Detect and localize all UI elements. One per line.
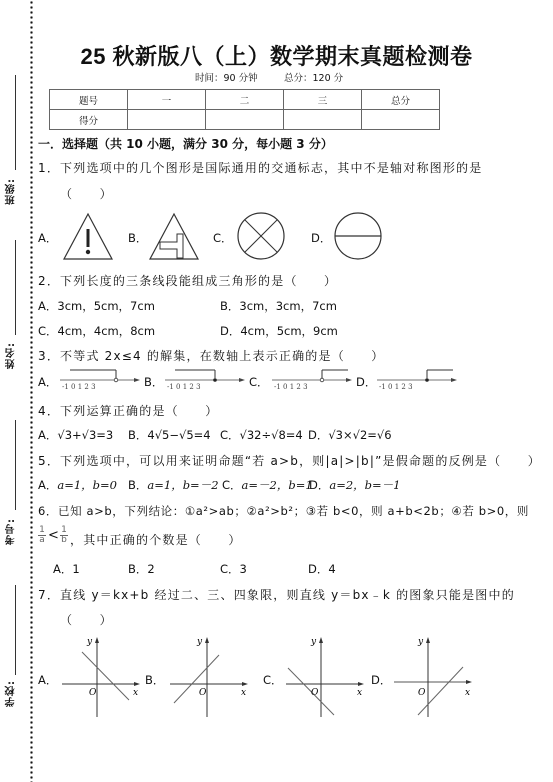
denominator: b [60,535,68,545]
svg-text:O: O [199,688,207,698]
option-label: A． [38,230,57,246]
score-table-score-row: 得分 [50,110,440,130]
section-heading: 一．选择题（共 10 小题，满分 30 分，每小题 3 分） [38,135,333,152]
question-5: 5．下列选项中，可以用来证明命题“若 a>b，则|a|>|b|”是假命题的反例是… [38,452,541,469]
option-label: B． [128,478,147,492]
option-d: D．4 [308,561,336,577]
question-number: 6． [38,504,58,518]
option-d: D．√3×√2=√6 [308,427,392,443]
answer-blank: （ ） [60,611,113,628]
question-text: 下列长度的三条线段能组成三角形的是（ ） [60,274,337,288]
question-number: 7． [38,588,60,602]
header-cell: 二 [206,90,284,110]
graph-d: y O x [394,635,476,717]
svg-text:-1 0 1 2 3: -1 0 1 2 3 [167,383,201,391]
option-b: B．4√5−√5=4 [128,427,211,443]
svg-text:y: y [196,637,203,647]
question-1: 1．下列选项中的几个图形是国际通用的交通标志，其中不是轴对称图形的是 [38,159,482,176]
class-underline [15,75,16,170]
numerator: 1 [60,526,68,535]
question-2: 2．下列长度的三条线段能组成三角形的是（ ） [38,272,337,289]
option-b: B．3cm，3cm，7cm [220,298,337,314]
score-cell[interactable] [362,110,440,130]
score-cell[interactable] [206,110,284,130]
option-c: C．a=－2，b=1 [222,477,313,493]
header-cell: 总分 [362,90,440,110]
option-text: a=2，b=－1 [329,478,400,492]
option-b: B．a=1，b=－2 [128,477,219,493]
option-text: √3+√3=3 [57,428,113,442]
question-7: 7．直线 y＝kx+b 经过二、三、四象限，则直线 y＝bx﹣k 的图象只能是图… [38,586,515,603]
question-4: 4．下列运算正确的是（ ） [38,402,218,419]
option-label: C． [213,230,233,246]
option-label: D． [311,230,331,246]
svg-text:-1 0 1 2 3: -1 0 1 2 3 [62,383,96,391]
score-table-header-row: 题号 一 二 三 总分 [50,90,440,110]
svg-text:x: x [357,688,362,698]
option-label: B． [128,428,147,442]
option-label: D． [371,672,391,688]
option-a: A．a=1，b=0 [38,477,117,493]
y-label: y [86,637,93,647]
option-a: A．√3+√3=3 [38,427,113,443]
option-label: B． [128,230,147,246]
question-number: 5． [38,454,60,468]
number-line-b: -1 0 1 2 3 [165,366,245,390]
fraction-1-over-a: 1 a [38,526,46,545]
school-underline [15,585,16,675]
option-a: A．1 [53,561,80,577]
option-text: 4cm，4cm，8cm [58,324,156,338]
option-text: 3cm，3cm，7cm [239,299,337,313]
svg-text:y: y [417,637,424,647]
circle-with-horizontal-line-icon [333,211,383,261]
option-text: √32÷√8=4 [240,428,303,442]
option-text: 4√5−√5=4 [147,428,210,442]
score-cell[interactable] [284,110,362,130]
option-label: D． [309,478,329,492]
graph-a: y O x [58,635,140,717]
option-label: B． [145,672,164,688]
option-text: √3×√2=√6 [328,428,391,442]
option-c: C．√32÷√8=4 [220,427,303,443]
question-number: 2． [38,274,60,288]
class-label: 班级: [4,178,19,205]
svg-text:x: x [465,688,470,698]
score-table: 题号 一 二 三 总分 得分 [49,89,440,130]
question-text: 下列运算正确的是（ ） [60,404,218,418]
question-3: 3．不等式 2x≤4 的解集，在数轴上表示正确的是（ ） [38,347,385,364]
svg-text:O: O [418,688,426,698]
option-label: C． [220,428,240,442]
numerator: 1 [38,526,46,535]
option-text: 1 [72,562,79,576]
fraction-1-over-b: 1 b [60,526,68,545]
svg-text:x: x [241,688,246,698]
question-text: 直线 y＝kx+b 经过二、三、四象限，则直线 y＝bx﹣k 的图象只能是图中的 [60,588,515,602]
option-text: a=－2，b=1 [242,478,313,492]
x-label: x [133,688,138,698]
answer-blank: （ ） [60,185,113,202]
svg-text:O: O [311,688,319,698]
warning-triangle-exclamation-icon [62,212,114,262]
exam-no-underline [15,420,16,510]
option-label: D． [220,324,240,338]
less-than-symbol: < [48,528,59,543]
question-text: 已知 a>b，下列结论：①a²>ab；②a²>b²；③若 b<0，则 a+b<2… [58,504,529,518]
number-line-c: -1 0 1 2 3 [272,366,352,390]
option-text: 4cm，5cm，9cm [240,324,338,338]
option-c: C．3 [220,561,247,577]
option-label: D． [356,374,376,390]
option-b: B．2 [128,561,155,577]
exam-time: 时间：90 分钟 [195,70,258,84]
origin-label: O [89,688,97,698]
option-a: A．3cm，5cm，7cm [38,298,155,314]
option-label: B． [144,374,163,390]
option-label: C． [263,672,283,688]
question-number: 1． [38,161,60,175]
header-cell: 三 [284,90,362,110]
option-label: C． [220,562,240,576]
question-text: 下列选项中的几个图形是国际通用的交通标志，其中不是轴对称图形的是 [60,161,482,175]
number-line-a: -1 0 1 2 3 [60,366,140,390]
name-label: 姓名: [4,342,19,369]
denominator: a [38,535,46,545]
triangle-t-junction-icon [148,212,200,262]
question-text: 不等式 2x≤4 的解集，在数轴上表示正确的是（ ） [60,349,384,363]
option-label: B． [128,562,147,576]
question-text-cont: ，其中正确的个数是（ ） [70,531,242,548]
option-label: C． [38,324,58,338]
score-cell[interactable] [128,110,206,130]
option-d: D．a=2，b=－1 [309,477,400,493]
option-d: D．4cm，5cm，9cm [220,323,338,339]
svg-text:-1 0 1 2 3: -1 0 1 2 3 [379,383,413,391]
option-text: 4 [328,562,335,576]
option-text: 2 [147,562,154,576]
option-label: B． [220,299,239,313]
page-title: 25 秋新版八（上）数学期末真题检测卷 [0,40,553,71]
option-label: A． [38,374,57,390]
option-label: D． [308,428,328,442]
header-cell: 一 [128,90,206,110]
option-label: D． [308,562,328,576]
question-number: 3． [38,349,60,363]
option-text: a=1，b=0 [57,478,117,492]
option-text: 3 [240,562,247,576]
option-label: A． [38,478,57,492]
option-text: a=1，b=－2 [147,478,218,492]
question-text: 下列选项中，可以用来证明命题“若 a>b，则|a|>|b|”是假命题的反例是（ … [60,454,541,468]
row-label: 得分 [50,110,128,130]
svg-text:y: y [310,637,317,647]
question-number: 4． [38,404,60,418]
graph-b: y O x [166,635,248,717]
number-line-d: -1 0 1 2 3 [377,366,457,390]
option-label: A． [38,428,57,442]
header-cell: 题号 [50,90,128,110]
exam-total-score: 总分：120 分 [284,70,343,84]
graph-c: y O x [284,635,366,717]
option-label: A． [53,562,72,576]
school-label: 学校: [4,680,19,707]
option-label: A． [38,299,57,313]
option-label: C． [249,374,269,390]
exam-no-label: 考号: [4,518,19,545]
name-underline [15,240,16,335]
binding-dotted-line [30,0,33,782]
option-label: C． [222,478,242,492]
option-label: A． [38,672,57,688]
svg-text:-1 0 1 2 3: -1 0 1 2 3 [274,383,308,391]
option-c: C．4cm，4cm，8cm [38,323,155,339]
option-text: 3cm，5cm，7cm [57,299,155,313]
circle-with-x-icon [236,211,286,261]
question-6: 6．已知 a>b，下列结论：①a²>ab；②a²>b²；③若 b<0，则 a+b… [38,503,529,519]
